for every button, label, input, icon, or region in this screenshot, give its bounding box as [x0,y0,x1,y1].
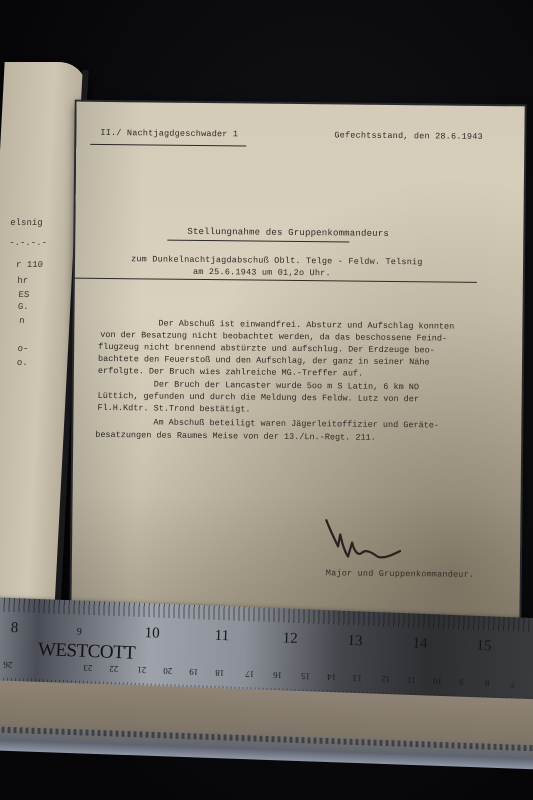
cm-label: 26 [3,660,12,670]
cm-label: 21 [137,665,146,675]
body-line: flugzeug nicht brennend abstürzte und au… [98,342,435,356]
body-line: Der Bruch der Lancaster wurde 5oo m S La… [154,379,419,392]
left-page-fragment: ES [18,290,29,300]
inch-label: 14 [412,635,428,653]
left-page-fragment: G. [18,302,29,312]
cm-label: 11 [407,675,416,685]
subtitle-line-1: zum Dunkelnachtjagdabschuß Oblt. Telge -… [131,254,423,267]
left-page-fragment: o- [17,344,28,354]
inch-label: 8 [10,620,18,637]
cm-label: 19 [189,667,198,677]
left-page-fragment: n [19,316,25,326]
cm-label: 12 [381,674,390,684]
body-line: bachtete den Feuerstoß und den Aufschlag… [98,354,430,367]
cm-label: 8 [485,678,490,688]
cm-label: 14 [327,672,336,682]
left-page-fragment: r 110 [16,260,44,270]
cm-label: 9 [459,677,464,687]
left-page-fragment: o. [17,358,28,368]
body-line: besatzungen des Raumes Meise von der 13.… [95,430,376,443]
body-line: Lüttich, gefunden und durch die Meldung … [98,391,419,404]
date-location: Gefechtsstand, den 28.6.1943 [334,130,483,142]
subtitle-underline [75,278,477,283]
inch-label: 10 [144,625,160,643]
inch-label: 15 [476,638,492,656]
cm-label: 20 [163,666,172,676]
left-page-fragment: -.-.-.- [9,238,47,248]
ruler-brand: WESTCOTT [38,639,136,665]
cm-label: 16 [273,670,282,680]
document-sheet: II./ Nachtjagdgeschwader 1 Gefechtsstand… [71,102,524,627]
body-line: Fl.H.Kdtr. St.Trond bestätigt. [97,403,250,415]
cm-label: 17 [245,669,254,679]
body-line: Der Abschuß ist einwandfrei. Absturz und… [158,319,454,332]
cm-label: 15 [301,671,310,681]
body-line: erfolgte. Der Bruch wies zahlreiche MG.-… [98,366,363,379]
sleeve-perforation [0,726,533,752]
left-page-fragment: hr [17,276,28,286]
cm-label: 23 [83,663,92,673]
header-underline [90,144,246,147]
inch-label: 12 [282,630,298,648]
subtitle-line-2: am 25.6.1943 um 01,2o Uhr. [193,267,331,278]
unit-header: II./ Nachtjagdgeschwader 1 [100,128,238,139]
title-underline [167,240,349,243]
cm-label: 13 [353,673,362,683]
body-line: Am Abschuß beteiligt waren Jägerleitoffi… [153,417,439,430]
cm-label: 18 [215,668,224,678]
handwritten-signature-icon [320,516,410,565]
document-title: Stellungnahme des Gruppenkommandeurs [187,227,389,239]
left-page-fragment: elsnig [10,218,43,228]
cm-label: 7 [511,679,516,689]
inch-label: 13 [347,633,363,651]
cm-label: 10 [433,676,442,686]
inch-label: 11 [214,628,229,646]
cm-label: 22 [109,664,118,674]
inch-label: 9 [76,626,81,637]
signature-title: Major und Gruppenkommandeur. [326,568,475,580]
